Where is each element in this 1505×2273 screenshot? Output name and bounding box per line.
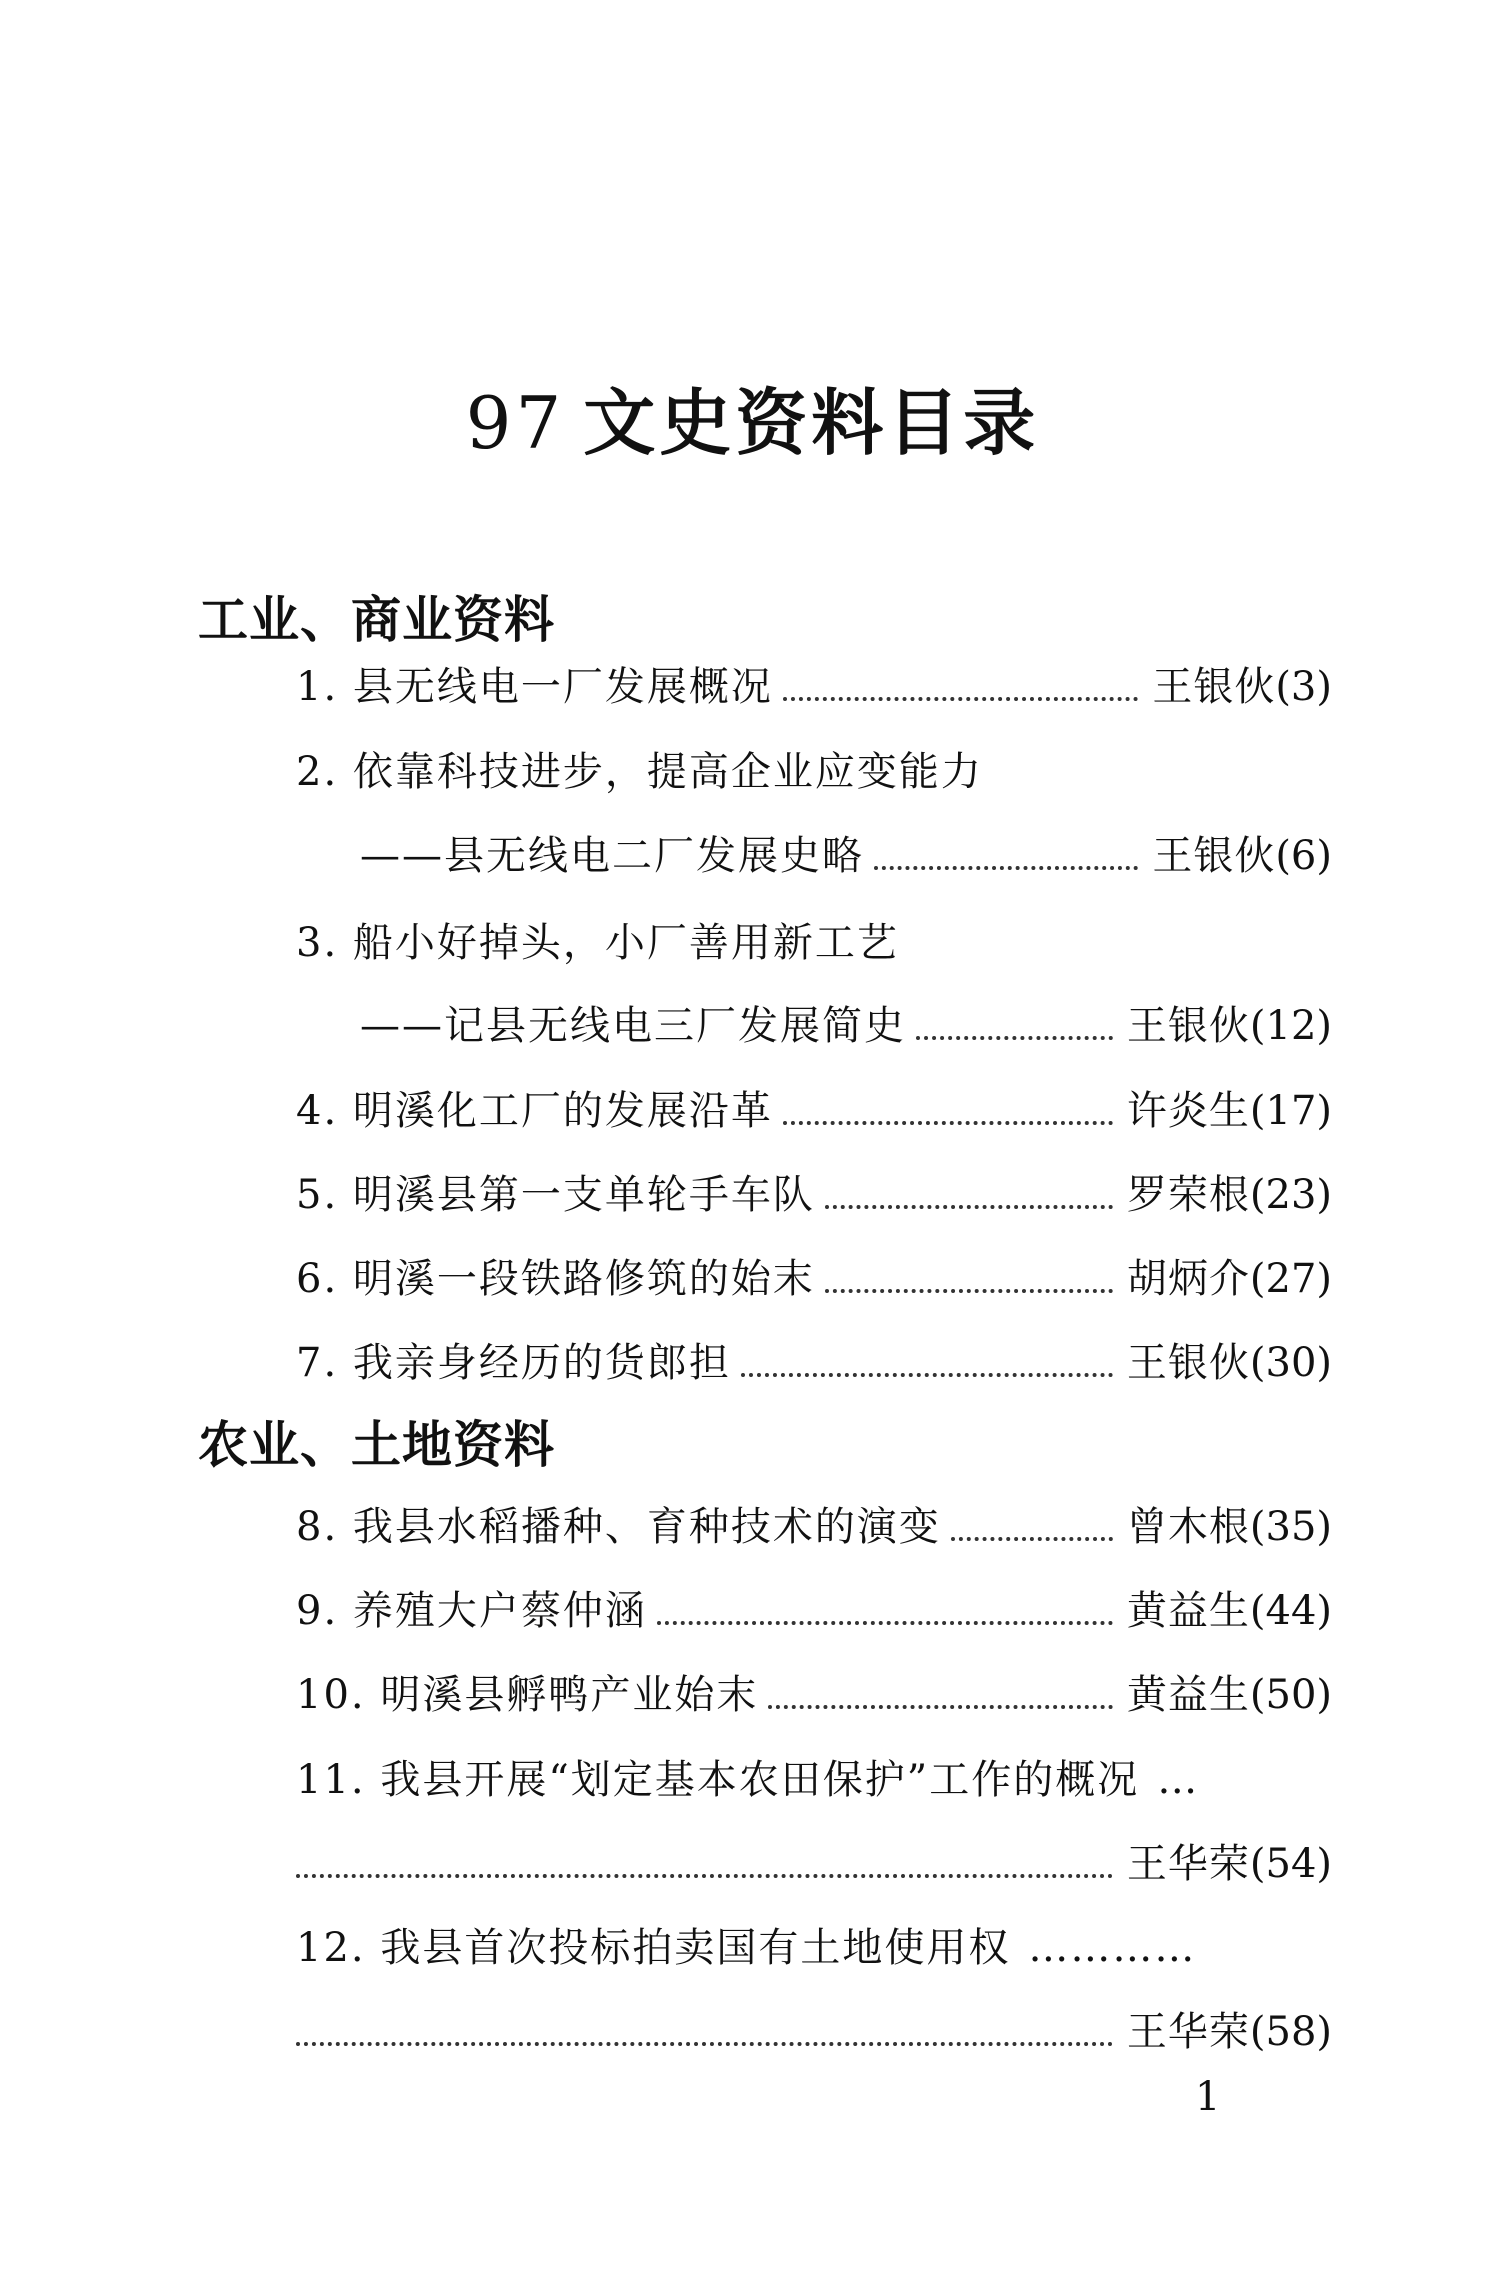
entry-title: 11. 我县开展“划定基本农田保护”工作的概况 [296, 1750, 1139, 1810]
section-heading-agriculture-land: 农业、土地资料 [198, 1415, 555, 1475]
entry-author: 王银伙 [1127, 996, 1250, 1056]
section-heading-industry-commerce: 工业、商业资料 [198, 590, 555, 650]
title-text: 文史资料目录 [583, 380, 1039, 465]
entry-page: (58) [1250, 2002, 1332, 2062]
entry-page: (12) [1250, 996, 1332, 1056]
dot-leader [916, 996, 1113, 1056]
dot-leader [874, 826, 1138, 886]
toc-entry-8[interactable]: 8. 我县水稻播种、育种技术的演变 曾木根(35) [296, 1497, 1332, 1557]
entry-page: (27) [1250, 1249, 1332, 1309]
entry-trailing-leader: … [1157, 1750, 1199, 1810]
entry-page: (3) [1275, 657, 1332, 717]
entry-page: (35) [1250, 1497, 1332, 1557]
entry-author: 罗荣根 [1127, 1165, 1250, 1225]
entry-page: (17) [1250, 1081, 1332, 1141]
toc-entry-7[interactable]: 7. 我亲身经历的货郎担 王银伙(30) [296, 1333, 1332, 1393]
toc-entry-4[interactable]: 4. 明溪化工厂的发展沿革 许炎生(17) [296, 1081, 1332, 1141]
entry-title: 10. 明溪县孵鸭产业始末 [296, 1665, 758, 1725]
entry-title: 7. 我亲身经历的货郎担 [296, 1333, 731, 1393]
entry-author: 黄益生 [1127, 1665, 1250, 1725]
entry-title: 9. 养殖大户蔡仲涵 [296, 1581, 647, 1641]
entry-author: 王华荣 [1127, 2002, 1250, 2062]
entry-page: (23) [1250, 1165, 1332, 1225]
toc-entry-11[interactable]: 11. 我县开展“划定基本农田保护”工作的概况 … [296, 1750, 1332, 1810]
dot-leader [783, 1081, 1113, 1141]
entry-author: 胡炳介 [1127, 1249, 1250, 1309]
entry-title: 2. 依靠科技进步，提高企业应变能力 [296, 742, 983, 802]
entry-page: (30) [1250, 1333, 1332, 1393]
entry-title: 6. 明溪一段铁路修筑的始末 [296, 1249, 815, 1309]
dot-leader [951, 1497, 1113, 1557]
page-number: 1 [1195, 2072, 1220, 2122]
entry-trailing-leader: ………… [1028, 1918, 1196, 1978]
toc-entry-2-subtitle[interactable]: ——县无线电二厂发展史略 王银伙(6) [360, 826, 1332, 886]
entry-page: (54) [1250, 1834, 1332, 1894]
toc-entry-12-continuation[interactable]: 王华荣(58) [296, 2002, 1332, 2062]
dot-leader [657, 1581, 1113, 1641]
toc-entry-3[interactable]: 3. 船小好掉头，小厂善用新工艺 [296, 913, 1332, 973]
toc-entry-6[interactable]: 6. 明溪一段铁路修筑的始末 胡炳介(27) [296, 1249, 1332, 1309]
entry-title: 8. 我县水稻播种、育种技术的演变 [296, 1497, 941, 1557]
toc-entry-2[interactable]: 2. 依靠科技进步，提高企业应变能力 [296, 742, 1332, 802]
entry-title: 4. 明溪化工厂的发展沿革 [296, 1081, 773, 1141]
toc-entry-11-continuation[interactable]: 王华荣(54) [296, 1834, 1332, 1894]
page-title: 97文史资料目录 [0, 378, 1505, 468]
dot-leader [825, 1165, 1113, 1225]
toc-entry-12[interactable]: 12. 我县首次投标拍卖国有土地使用权 ………… [296, 1918, 1332, 1978]
dot-leader [296, 1834, 1113, 1894]
entry-author: 黄益生 [1127, 1581, 1250, 1641]
entry-page: (50) [1250, 1665, 1332, 1725]
dot-leader [296, 2002, 1113, 2062]
entry-author: 王银伙 [1152, 826, 1275, 886]
entry-author: 王华荣 [1127, 1834, 1250, 1894]
dot-leader [825, 1249, 1113, 1309]
dot-leader [741, 1333, 1113, 1393]
toc-entry-5[interactable]: 5. 明溪县第一支单轮手车队 罗荣根(23) [296, 1165, 1332, 1225]
entry-title: 12. 我县首次投标拍卖国有土地使用权 [296, 1918, 1010, 1978]
toc-entry-10[interactable]: 10. 明溪县孵鸭产业始末 黄益生(50) [296, 1665, 1332, 1725]
dot-leader [783, 657, 1138, 717]
entry-author: 曾木根 [1127, 1497, 1250, 1557]
entry-title: 1. 县无线电一厂发展概况 [296, 657, 773, 717]
entry-author: 许炎生 [1127, 1081, 1250, 1141]
entry-page: (44) [1250, 1581, 1332, 1641]
volume-number: 97 [466, 381, 566, 465]
entry-page: (6) [1275, 826, 1332, 886]
toc-entry-9[interactable]: 9. 养殖大户蔡仲涵 黄益生(44) [296, 1581, 1332, 1641]
toc-entry-1[interactable]: 1. 县无线电一厂发展概况 王银伙(3) [296, 657, 1332, 717]
entry-author: 王银伙 [1127, 1333, 1250, 1393]
toc-entry-3-subtitle[interactable]: ——记县无线电三厂发展简史 王银伙(12) [360, 996, 1332, 1056]
entry-author: 王银伙 [1152, 657, 1275, 717]
entry-subtitle: ——记县无线电三厂发展简史 [360, 996, 906, 1056]
entry-title: 3. 船小好掉头，小厂善用新工艺 [296, 913, 899, 973]
entry-title: 5. 明溪县第一支单轮手车队 [296, 1165, 815, 1225]
dot-leader [768, 1665, 1113, 1725]
entry-subtitle: ——县无线电二厂发展史略 [360, 826, 864, 886]
